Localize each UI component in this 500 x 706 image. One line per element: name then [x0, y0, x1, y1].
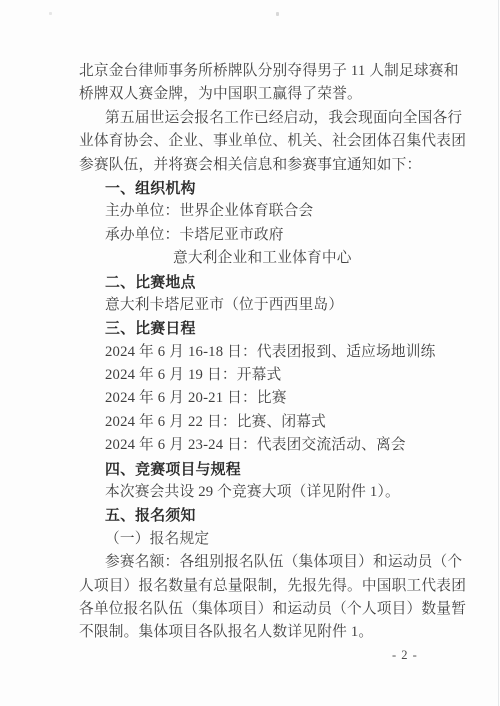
section-heading-registration: 五、报名须知: [79, 504, 469, 527]
text-line-schedule-1: 2024 年 6 月 16-18 日：代表团报到、适应场地训练: [79, 341, 469, 364]
section-heading-schedule: 三、比赛日程: [79, 317, 469, 340]
scan-edge-artifact: [498, 0, 499, 706]
page-number: - 2 -: [392, 648, 418, 662]
text-line-events: 本次赛会共设 29 个竞赛大项（详见附件 1）。: [79, 481, 469, 504]
text-line: 人项目）报名数量有总量限制，先报先得。中国职工代表团: [79, 575, 469, 598]
text-line-registration-rules: （一）报名规定: [79, 528, 469, 551]
text-line-location: 意大利卡塔尼亚市（位于西西里岛）: [79, 294, 469, 317]
text-line: 参赛名额：各组别报名队伍（集体项目）和运动员（个: [79, 551, 469, 574]
text-line: 业体育协会、企业、事业单位、机关、社会团体召集代表团: [79, 130, 469, 153]
text-line: 不限制。集体项目各队报名人数详见附件 1。: [79, 621, 469, 644]
text-line-organizer-unit: 承办单位：卡塔尼亚市政府: [79, 224, 469, 247]
scanned-document-page: 北京金台律师事务所桥牌队分别夺得男子 11 人制足球赛和 桥牌双人赛金牌，为中国…: [0, 0, 500, 706]
document-body: 北京金台律师事务所桥牌队分别夺得男子 11 人制足球赛和 桥牌双人赛金牌，为中国…: [79, 60, 469, 645]
scan-speck: [49, 12, 52, 15]
text-line: 各单位报名队伍（集体项目）和运动员（个人项目）数量暂: [79, 598, 469, 621]
scan-speck: [276, 12, 279, 16]
text-line-schedule-5: 2024 年 6 月 23-24 日：代表团交流活动、离会: [79, 434, 469, 457]
section-heading-location: 二、比赛地点: [79, 271, 469, 294]
text-line: 第五届世运会报名工作已经启动，我会现面向全国各行: [79, 107, 469, 130]
text-line-host-unit: 主办单位：世界企业体育联合会: [79, 200, 469, 223]
text-line: 北京金台律师事务所桥牌队分别夺得男子 11 人制足球赛和: [79, 60, 469, 83]
text-line-schedule-4: 2024 年 6 月 22 日：比赛、闭幕式: [79, 411, 469, 434]
section-heading-organization: 一、组织机构: [79, 177, 469, 200]
text-line: 桥牌双人赛金牌，为中国职工赢得了荣誉。: [79, 83, 469, 106]
section-heading-events: 四、竞赛项目与规程: [79, 458, 469, 481]
text-line-schedule-3: 2024 年 6 月 20-21 日：比赛: [79, 387, 469, 410]
text-line-organizer-unit-2: 意大利企业和工业体育中心: [79, 247, 469, 270]
text-line: 参赛队伍，并将赛会相关信息和参赛事宜通知如下：: [79, 154, 469, 177]
text-line-schedule-2: 2024 年 6 月 19 日：开幕式: [79, 364, 469, 387]
